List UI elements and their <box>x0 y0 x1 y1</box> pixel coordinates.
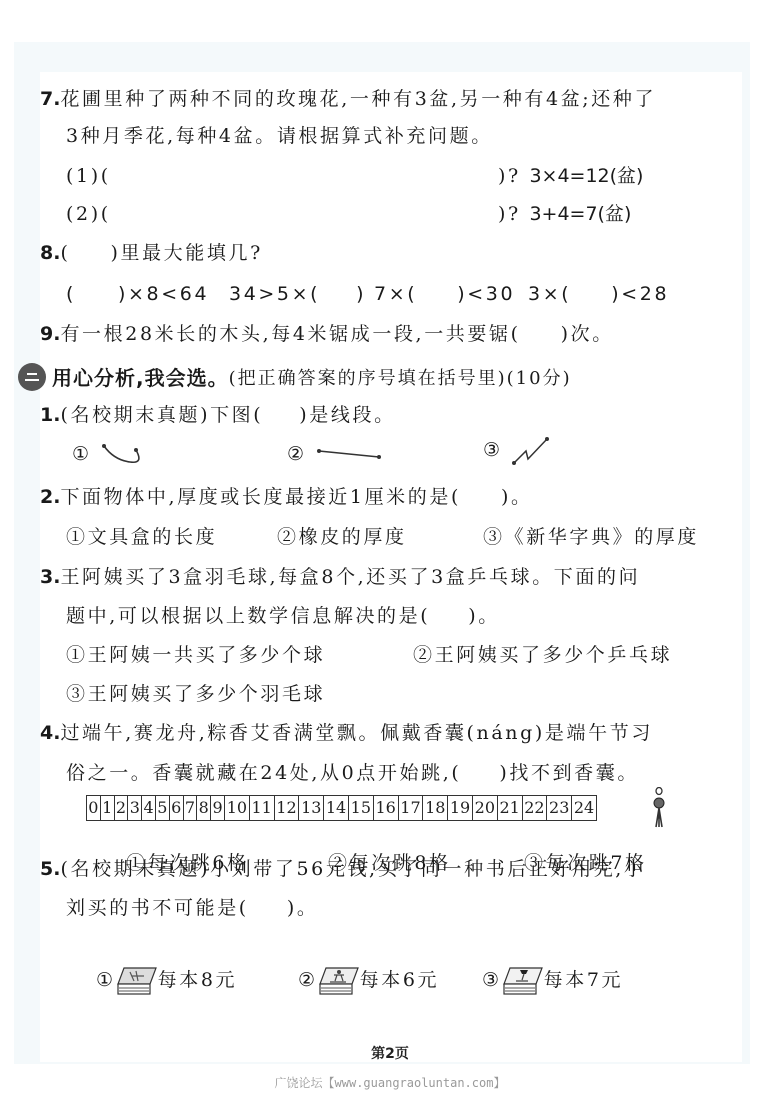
q4-option-2[interactable]: ②每次跳8格 <box>328 850 451 876</box>
number-line: 0123456789101112131415161718192021222324 <box>86 795 597 821</box>
number-line-cell: 18 <box>423 796 448 820</box>
curve-figure-icon <box>100 442 150 468</box>
number-line-cell: 5 <box>156 796 170 820</box>
q7-sub1-formula: )? 3×4=12(盆) <box>498 163 643 189</box>
q3-option-3[interactable]: ③王阿姨买了多少个羽毛球 <box>66 681 325 707</box>
line-segment-figure-icon <box>315 445 385 465</box>
section-title: 用心分析,我会选。 <box>52 362 229 391</box>
q8-item-1: ()×8<64 <box>66 281 209 307</box>
number-line-cell: 1 <box>101 796 115 820</box>
number-line-cell: 17 <box>399 796 424 820</box>
q8-item-3: 7×()<30 <box>374 281 515 307</box>
q3-option-1[interactable]: ①王阿姨一共买了多少个球 <box>66 642 325 668</box>
number-line-cell: 22 <box>523 796 548 820</box>
choice-question-5-line2: 刘买的书不可能是()。 <box>66 895 318 921</box>
q8-item-4: 3×()<28 <box>528 281 669 307</box>
question-9: 9.有一根28米长的木头,每4米锯成一段,一共要锯()次。 <box>40 321 614 347</box>
q7-sub2-label: (2)( <box>66 201 111 227</box>
q1-option-1[interactable]: ① <box>72 441 150 468</box>
number-line-cell: 23 <box>547 796 572 820</box>
book-icon <box>318 966 360 996</box>
q3-option-2[interactable]: ②王阿姨买了多少个乒乓球 <box>413 642 672 668</box>
section-note: (把正确答案的序号填在括号里)(10分) <box>229 364 572 390</box>
number-line-cell: 4 <box>142 796 156 820</box>
number-line-cell: 16 <box>374 796 399 820</box>
question-7-line1: 7.花圃里种了两种不同的玫瑰花,一种有3盆,另一种有4盆;还种了 <box>40 86 656 112</box>
q5-option-1[interactable]: ① 每本8元 <box>96 966 237 996</box>
number-line-cell: 9 <box>211 796 225 820</box>
number-line-cell: 20 <box>473 796 498 820</box>
q1-option-2[interactable]: ② <box>287 441 385 467</box>
number-line-cell: 19 <box>448 796 473 820</box>
number-line-cell: 6 <box>170 796 184 820</box>
q7-sub1-label: (1)( <box>66 163 111 189</box>
section-number-badge-icon <box>18 363 46 391</box>
watermark: 广饶论坛【www.guangraoluntan.com】 <box>0 1074 780 1091</box>
number-line-cell: 12 <box>275 796 300 820</box>
choice-question-4-line2: 俗之一。香囊就藏在24处,从0点开始跳,()找不到香囊。 <box>66 760 639 786</box>
sachet-icon <box>651 787 667 831</box>
q2-option-1[interactable]: ①文具盒的长度 <box>66 524 217 550</box>
q4-option-3[interactable]: ③每次跳7格 <box>524 850 647 876</box>
number-line-cell: 7 <box>184 796 198 820</box>
section-header: 用心分析,我会选。 (把正确答案的序号填在括号里)(10分) <box>18 362 572 391</box>
choice-question-3-line2: 题中,可以根据以上数学信息解决的是()。 <box>66 603 500 629</box>
number-line-cell: 2 <box>115 796 129 820</box>
choice-question-4-line1: 4.过端午,赛龙舟,粽香艾香满堂飘。佩戴香囊(náng)是端午节习 <box>40 720 653 746</box>
q5-option-2[interactable]: ② 每本6元 <box>298 966 439 996</box>
number-line-cell: 15 <box>349 796 374 820</box>
choice-question-2: 2.下面物体中,厚度或长度最接近1厘米的是()。 <box>40 484 533 510</box>
book-icon <box>502 966 544 996</box>
zigzag-figure-icon <box>511 435 551 467</box>
page-number: 第2页 <box>0 1043 780 1063</box>
question-number: 7. <box>40 88 60 110</box>
number-line-cell: 0 <box>87 796 101 820</box>
number-line-cell: 10 <box>225 796 250 820</box>
q1-option-3[interactable]: ③ <box>483 435 551 467</box>
number-line-cell: 14 <box>324 796 349 820</box>
choice-question-3-line1: 3.王阿姨买了3盒羽毛球,每盒8个,还买了3盒乒乓球。下面的问 <box>40 564 640 590</box>
q2-option-2[interactable]: ②橡皮的厚度 <box>277 524 407 550</box>
q7-sub2-formula: )? 3+4=7(盆) <box>498 201 631 227</box>
q5-option-3[interactable]: ③ 每本7元 <box>482 966 623 996</box>
q8-item-2: 34>5×() <box>229 281 366 307</box>
choice-question-1: 1.(名校期末真题)下图()是线段。 <box>40 402 396 428</box>
number-line-cell: 21 <box>498 796 523 820</box>
book-icon <box>116 966 158 996</box>
question-8-prompt: 8.()里最大能填几? <box>40 240 263 266</box>
number-line-cell: 11 <box>250 796 275 820</box>
q2-option-3[interactable]: ③《新华字典》的厚度 <box>483 524 699 550</box>
number-line-cell: 24 <box>572 796 596 820</box>
q4-option-1[interactable]: ①每次跳6格 <box>126 850 249 876</box>
question-7-line2: 3种月季花,每种4盆。请根据算式补充问题。 <box>66 123 493 149</box>
number-line-cell: 8 <box>197 796 211 820</box>
worksheet-page: 7.花圃里种了两种不同的玫瑰花,一种有3盆,另一种有4盆;还种了 3种月季花,每… <box>40 72 742 1062</box>
number-line-cell: 13 <box>299 796 324 820</box>
number-line-cell: 3 <box>128 796 142 820</box>
